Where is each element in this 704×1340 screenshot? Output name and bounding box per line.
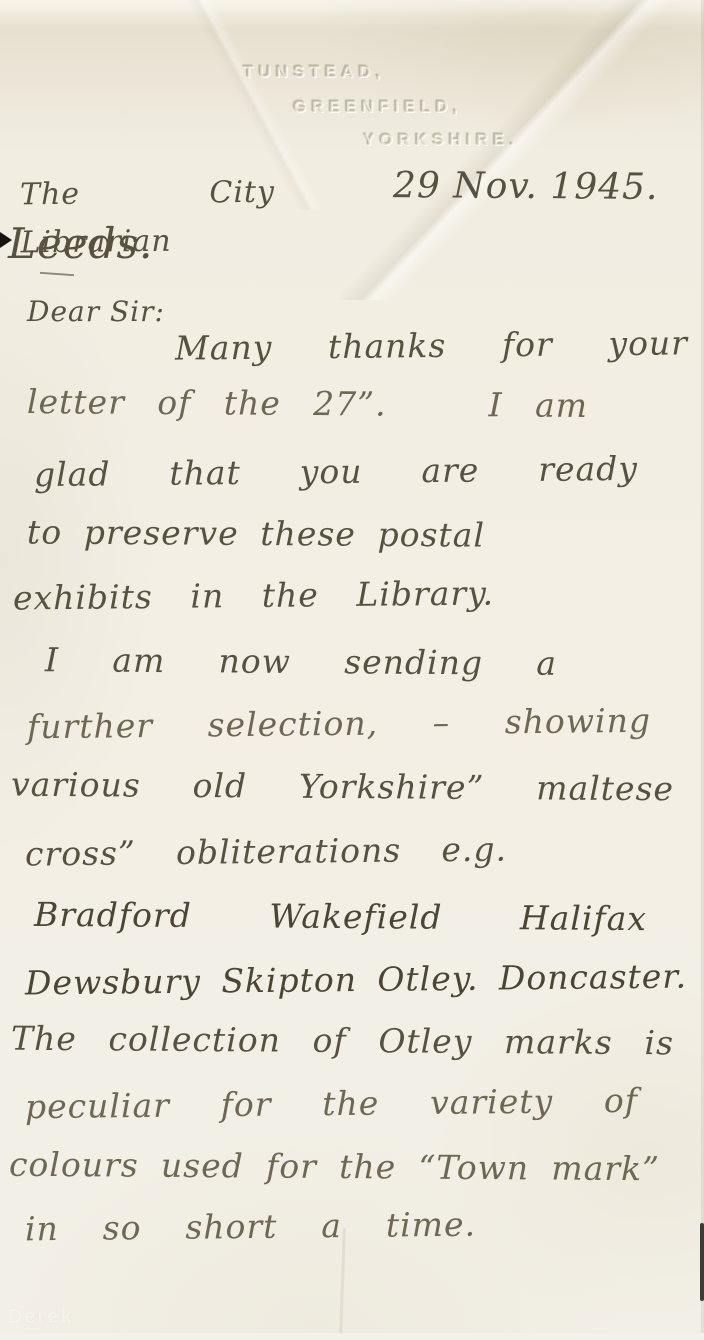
paper-edge-right-dark <box>700 1223 704 1301</box>
letter-line-10: Bradford Wakefield Halifax <box>34 891 647 945</box>
letter-line-5: exhibits in the Library. <box>13 569 494 624</box>
letter-line-1: Many thanks for your <box>175 319 688 374</box>
edge-marker-triangle <box>0 232 12 248</box>
collection-watermark: Derek <box>8 1306 74 1329</box>
paper-crease-top-right <box>234 0 704 300</box>
letter-scan: TUNSTEAD, GREENFIELD, YORKSHIRE. The Cit… <box>0 0 704 1340</box>
letter-line-2: letter of the 27”. I am <box>27 378 588 432</box>
letter-line-15: in so short a time. <box>25 1201 476 1256</box>
letter-line-9: cross” obliterations e.g. <box>25 825 507 880</box>
addressee-place: Leeds. <box>8 220 153 270</box>
letter-line-12: The collection of Otley marks is <box>11 1015 674 1070</box>
letter-line-7: further selection, – showing <box>27 697 651 754</box>
letter-date: 29 Nov. 1945. <box>393 162 659 214</box>
letterhead-line-3: YORKSHIRE. <box>363 130 519 150</box>
letter-line-8: various old Yorkshire” maltese <box>11 761 674 816</box>
letter-line-13: peculiar for the variety of <box>25 1077 638 1133</box>
addressee: The City Librarian <box>20 169 276 222</box>
letterhead-line-2: GREENFIELD, <box>293 97 462 117</box>
letter-line-14: colours used for the “Town mark” <box>9 1141 660 1196</box>
letter-line-11: Dewsbury Skipton Otley. Doncaster. <box>25 953 687 1010</box>
letterhead-line-1: TUNSTEAD, <box>243 62 385 82</box>
letter-line-4: to preserve these postal <box>27 508 485 561</box>
letter-line-3: glad that you are ready <box>34 445 638 501</box>
paper-edge-bottom <box>0 1333 704 1340</box>
leeds-underline <box>40 272 74 276</box>
salutation: Dear Sir: <box>27 288 165 338</box>
letter-line-6: I am now sending a <box>45 636 557 690</box>
